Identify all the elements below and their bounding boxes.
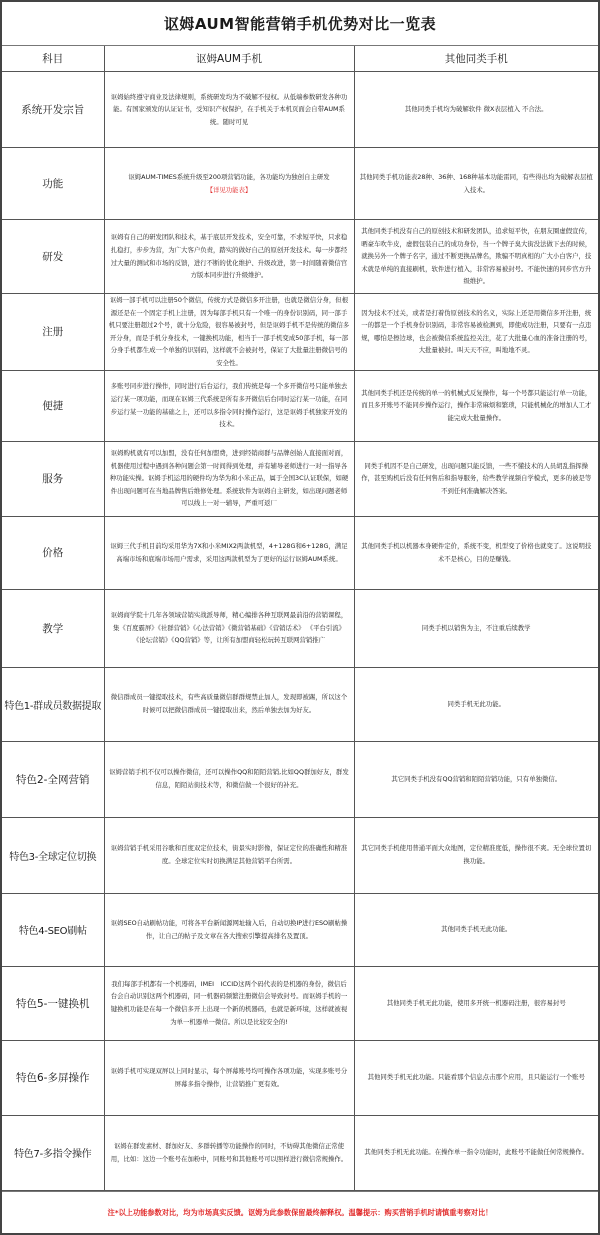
row-others-description: 其他同类手机没有自己的原创技术和研发团队，追求短平快，在朋友圈虚假宣传，晒豪车吹… bbox=[354, 220, 598, 294]
page-title: 讴姆AUM智能营销手机优势对比一览表 bbox=[2, 2, 598, 46]
aum-text: 讴姆在群发素材、群加好友、多群转播等功能操作的同时，不妨碍其他微信正常使用，比如… bbox=[111, 1142, 347, 1163]
row-aum-description: 我们每部手机都有一个机器码，IMEI ICCID这两个码代表的是机器的身份，微信… bbox=[104, 966, 354, 1040]
row-others-description: 其他同类手机均为破解软件 微X表层植入 不合法。 bbox=[354, 72, 598, 148]
aum-text: 讴姆商学院十几年各领域营销实战派导师，精心编排各种互联网最前沿的营销课程，集《百… bbox=[111, 611, 347, 644]
aum-text: 讴姆营销手机不仅可以操作微信，还可以操作QQ和陌陌营销,比如QQ群加好友，群发信… bbox=[109, 768, 348, 789]
table-row: 价格讴姆三代手机目前均采用华为7X和小米MIX2两款机型，4+128G和6+12… bbox=[2, 516, 598, 589]
row-subject: 功能 bbox=[2, 148, 104, 220]
aum-text: 多账号同步进行操作，同时进行后台运行，我们传统是每一个多开微信号只能单独去运行某… bbox=[111, 382, 347, 428]
aum-text: 讴姆有自己的研发团队和技术，基于底层开发技术，安全可靠，不求短平快，只求稳扎稳打… bbox=[111, 233, 347, 279]
row-aum-description: 讴姆AUM-TIMES系统升级至200项营销功能，各功能均为独创自主研发【详见功… bbox=[104, 148, 354, 220]
header-subject: 科目 bbox=[2, 46, 104, 72]
row-others-description: 其他同类手机无此功能。 bbox=[354, 893, 598, 966]
row-others-description: 其他同类手机以机器本身硬件定价，系统不变，机型变了价格也就变了。这说明技术不是核… bbox=[354, 516, 598, 589]
row-aum-description: 讴姆商学院十几年各领域营销实战派导师，精心编排各种互联网最前沿的营销课程，集《百… bbox=[104, 589, 354, 667]
row-subject: 特色1-群成员数据提取 bbox=[2, 667, 104, 741]
row-subject: 价格 bbox=[2, 516, 104, 589]
row-others-description: 其它同类手机没有QQ营销和陌陌营销功能，只有单独微信。 bbox=[354, 741, 598, 817]
feature-table-link[interactable]: 【详见功能表】 bbox=[207, 186, 252, 194]
row-aum-description: 讴姆购机就有可以加盟，没有任何加盟费，进到经销商群与品牌创始人直接面对面，机器使… bbox=[104, 441, 354, 516]
comparison-sheet: 讴姆AUM智能营销手机优势对比一览表 科目 讴姆AUM手机 其他同类手机 系统开… bbox=[0, 0, 600, 1235]
row-aum-description: 讴姆SEO自动刷帖功能，可将各平台新闻源网址输入后，自动切换IP进行ESO刷帖操… bbox=[104, 893, 354, 966]
aum-text: 讴姆营销手机采用谷歌和百度双定位技术，街景实时影像，保证定位的准确性和精准度。全… bbox=[111, 844, 347, 865]
row-subject: 特色3-全球定位切换 bbox=[2, 817, 104, 893]
row-others-description: 其他同类手机无此功能。在操作单一指令功能时，此账号不能做任何常规操作。 bbox=[354, 1115, 598, 1190]
row-others-description: 同类手机无此功能。 bbox=[354, 667, 598, 741]
aum-text: 讴姆三代手机目前均采用华为7X和小米MIX2两款机型，4+128G和6+128G… bbox=[110, 542, 347, 563]
row-aum-description: 讴姆始终遵守商业及法律规则，系统研发均为不破解不侵权。从低端参数研发各种功能。有… bbox=[104, 72, 354, 148]
table-row: 特色3-全球定位切换讴姆营销手机采用谷歌和百度双定位技术，街景实时影像，保证定位… bbox=[2, 817, 598, 893]
row-others-description: 其他同类手机还是传统的单一的机械式反复操作，每一个号都只能运行单一功能，而且多开… bbox=[354, 370, 598, 441]
table-row: 服务讴姆购机就有可以加盟，没有任何加盟费，进到经销商群与品牌创始人直接面对面，机… bbox=[2, 441, 598, 516]
row-subject: 特色5-一键换机 bbox=[2, 966, 104, 1040]
row-subject: 系统开发宗旨 bbox=[2, 72, 104, 148]
row-others-description: 其他同类手机功能表28种、36种、168种基本功能雷同，有些得出均为破解表层植入… bbox=[354, 148, 598, 220]
row-aum-description: 讴姆营销手机采用谷歌和百度双定位技术，街景实时影像，保证定位的准确性和精准度。全… bbox=[104, 817, 354, 893]
row-aum-description: 讴姆一部手机可以注册50个微信，传统方式是微信多开注册，也就是微信分身，但根源还… bbox=[104, 294, 354, 371]
table-row: 特色1-群成员数据提取微信群成员一键提取技术，有些高质量微信群群规禁止加人，发现… bbox=[2, 667, 598, 741]
row-aum-description: 讴姆有自己的研发团队和技术，基于底层开发技术，安全可靠，不求短平快，只求稳扎稳打… bbox=[104, 220, 354, 294]
row-aum-description: 讴姆在群发素材、群加好友、多群转播等功能操作的同时，不妨碍其他微信正常使用，比如… bbox=[104, 1115, 354, 1190]
table-row: 便捷多账号同步进行操作，同时进行后台运行，我们传统是每一个多开微信号只能单独去运… bbox=[2, 370, 598, 441]
table-row: 特色6-多屏操作讴姆手机可实现双屏以上同时显示，每个屏幕账号均可操作各项功能，实… bbox=[2, 1040, 598, 1115]
row-subject: 特色2-全网营销 bbox=[2, 741, 104, 817]
table-row: 特色7-多指令操作讴姆在群发素材、群加好友、多群转播等功能操作的同时，不妨碍其他… bbox=[2, 1115, 598, 1190]
footer-note: 注*以上功能参数对比，均为市场真实反馈。讴姆为此参数保留最终解释权。温馨提示：购… bbox=[2, 1191, 598, 1234]
row-aum-description: 微信群成员一键提取技术，有些高质量微信群群规禁止加人，发现即被踢，所以这个时候可… bbox=[104, 667, 354, 741]
row-subject: 服务 bbox=[2, 441, 104, 516]
comparison-table: 科目 讴姆AUM手机 其他同类手机 系统开发宗旨讴姆始终遵守商业及法律规则，系统… bbox=[2, 46, 598, 1191]
table-row: 特色5-一键换机我们每部手机都有一个机器码，IMEI ICCID这两个码代表的是… bbox=[2, 966, 598, 1040]
aum-text: 讴姆一部手机可以注册50个微信，传统方式是微信多开注册，也就是微信分身，但根源还… bbox=[109, 296, 350, 367]
header-aum-phone: 讴姆AUM手机 bbox=[104, 46, 354, 72]
table-row: 教学讴姆商学院十几年各领域营销实战派导师，精心编排各种互联网最前沿的营销课程，集… bbox=[2, 589, 598, 667]
row-subject: 注册 bbox=[2, 294, 104, 371]
table-row: 功能讴姆AUM-TIMES系统升级至200项营销功能，各功能均为独创自主研发【详… bbox=[2, 148, 598, 220]
row-subject: 研发 bbox=[2, 220, 104, 294]
aum-text: 讴姆手机可实现双屏以上同时显示，每个屏幕账号均可操作各项功能，实现多账号分屏幕多… bbox=[111, 1067, 347, 1088]
aum-text: 微信群成员一键提取技术，有些高质量微信群群规禁止加人，发现即被踢，所以这个时候可… bbox=[111, 693, 347, 714]
row-others-description: 同类手机因不是自己研发，出现问题只能反馈，一些不懂技术的人员胡乱指挥操作，甚至购… bbox=[354, 441, 598, 516]
table-row: 注册讴姆一部手机可以注册50个微信，传统方式是微信多开注册，也就是微信分身，但根… bbox=[2, 294, 598, 371]
row-others-description: 因为技术不过关，或者是打着伪原创技术的名义，实际上还是用微信多开注册，统一的都是… bbox=[354, 294, 598, 371]
row-subject: 特色4-SEO刷帖 bbox=[2, 893, 104, 966]
table-header-row: 科目 讴姆AUM手机 其他同类手机 bbox=[2, 46, 598, 72]
aum-text: 讴姆购机就有可以加盟，没有任何加盟费，进到经销商群与品牌创始人直接面对面，机器使… bbox=[110, 449, 349, 507]
row-subject: 教学 bbox=[2, 589, 104, 667]
aum-text: 讴姆始终遵守商业及法律规则，系统研发均为不破解不侵权。从低端参数研发各种功能。有… bbox=[111, 93, 347, 126]
row-others-description: 同类手机以销售为主，不注重后续教学 bbox=[354, 589, 598, 667]
header-other-phones: 其他同类手机 bbox=[354, 46, 598, 72]
aum-text: 讴姆SEO自动刷帖功能，可将各平台新闻源网址输入后，自动切换IP进行ESO刷帖操… bbox=[111, 919, 348, 940]
row-others-description: 其他同类手机无此功能。只能看那个信息点击那个应用，且只能运行一个账号 bbox=[354, 1040, 598, 1115]
aum-text: 讴姆AUM-TIMES系统升级至200项营销功能，各功能均为独创自主研发 bbox=[128, 173, 329, 181]
row-aum-description: 讴姆三代手机目前均采用华为7X和小米MIX2两款机型，4+128G和6+128G… bbox=[104, 516, 354, 589]
row-subject: 便捷 bbox=[2, 370, 104, 441]
table-row: 系统开发宗旨讴姆始终遵守商业及法律规则，系统研发均为不破解不侵权。从低端参数研发… bbox=[2, 72, 598, 148]
row-subject: 特色6-多屏操作 bbox=[2, 1040, 104, 1115]
row-others-description: 其他同类手机无此功能，使用多开统一机器码注册，很容易封号 bbox=[354, 966, 598, 1040]
table-row: 特色2-全网营销讴姆营销手机不仅可以操作微信，还可以操作QQ和陌陌营销,比如QQ… bbox=[2, 741, 598, 817]
table-row: 特色4-SEO刷帖讴姆SEO自动刷帖功能，可将各平台新闻源网址输入后，自动切换I… bbox=[2, 893, 598, 966]
row-aum-description: 讴姆营销手机不仅可以操作微信，还可以操作QQ和陌陌营销,比如QQ群加好友，群发信… bbox=[104, 741, 354, 817]
row-others-description: 其它同类手机使用普通平面大众地图，定位精准度低，操作很不爽。无全球位置切换功能。 bbox=[354, 817, 598, 893]
table-row: 研发讴姆有自己的研发团队和技术，基于底层开发技术，安全可靠，不求短平快，只求稳扎… bbox=[2, 220, 598, 294]
row-aum-description: 多账号同步进行操作，同时进行后台运行，我们传统是每一个多开微信号只能单独去运行某… bbox=[104, 370, 354, 441]
row-subject: 特色7-多指令操作 bbox=[2, 1115, 104, 1190]
row-aum-description: 讴姆手机可实现双屏以上同时显示，每个屏幕账号均可操作各项功能，实现多账号分屏幕多… bbox=[104, 1040, 354, 1115]
aum-text: 我们每部手机都有一个机器码，IMEI ICCID这两个码代表的是机器的身份，微信… bbox=[111, 980, 347, 1026]
